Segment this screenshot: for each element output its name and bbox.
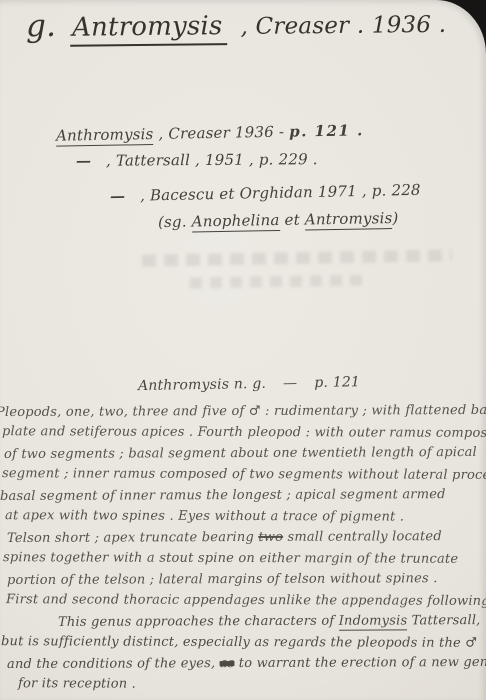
page-ref: p. 121 . (289, 121, 364, 140)
manuscript-line: but is sufficiently distinct, especially… (1, 631, 486, 654)
synonymy-line-4-subgenera: (sg. Anophelina et Antromysis) (158, 209, 399, 231)
text-segment: First and second thoracic appendages unl… (6, 592, 486, 609)
text-segment: spines together with a stout spine on ei… (3, 550, 458, 567)
text-segment: , Creaser 1936 - (153, 123, 289, 143)
subgenus-name: Antromysis (305, 209, 393, 231)
text-segment: of two segments ; basal segment about on… (4, 445, 477, 462)
manuscript-line: portion of the telson ; lateral margins … (7, 568, 486, 591)
text-segment: as (220, 656, 235, 671)
text-segment: ) (392, 209, 398, 227)
manuscript-line: plate and setiferous apices . Fourth ple… (2, 421, 486, 444)
manuscript-line: segment ; inner ramus composed of two se… (2, 463, 486, 486)
synonymy-text: Anthromysis , Creaser 1936 - p. 121 . (56, 121, 364, 144)
manuscript-line: This genus approaches the characters of … (58, 610, 486, 633)
synonymy-text: , Bacescu et Orghidan 1971 , p. 228 (140, 181, 421, 205)
text-segment: basal segment of inner ramus the longest… (0, 487, 446, 504)
text-segment: Tattersall, (407, 613, 480, 628)
description-paragraph: Pleopods, one, two, three and five of ♂ … (0, 401, 486, 695)
manuscript-line: basal segment of inner ramus the longest… (0, 484, 486, 507)
text-segment: et (279, 211, 305, 229)
text-segment: (sg. (158, 213, 192, 232)
page-title: g. Antromysis , Creaser . 1936 . (26, 4, 447, 47)
title-author-year: , Creaser . 1936 . (240, 12, 446, 40)
manuscript-line: of two segments ; basal segment about on… (4, 442, 486, 465)
manuscript-line: and the conditions of the eyes, as to wa… (7, 652, 486, 675)
manuscript-line: spines together with a stout spine on ei… (3, 547, 486, 570)
manuscript-line: Pleopods, one, two, three and five of ♂ … (0, 400, 486, 423)
text-segment: to warrant the erection of a new genus (234, 655, 486, 671)
manuscript-line: Telson short ; apex truncate bearing two… (7, 526, 486, 549)
text-segment: but is sufficiently distinct, especially… (1, 634, 477, 651)
erased-pencil-text (190, 274, 370, 288)
text-segment: and the conditions of the eyes, (7, 656, 220, 672)
subgenera-text: (sg. Anophelina et Antromysis) (158, 209, 399, 231)
genus-name-title: Antromysis (70, 11, 227, 47)
text-segment: This genus approaches the characters of (58, 614, 339, 630)
erased-pencil-text (142, 249, 452, 266)
page-ref: p. 121 (314, 374, 360, 391)
text-segment: Pleopods, one, two, three and five of ♂ … (0, 403, 486, 420)
text-segment: , Tattersall , 1951 , p. 229 . (106, 150, 318, 169)
section-heading: Anthromysis n. g.—p. 121 (138, 374, 377, 394)
synonymy-line-3: — , Bacescu et Orghidan 1971 , p. 228 (110, 181, 421, 206)
dash: — (283, 375, 297, 391)
ditto-dash: — (110, 187, 127, 205)
text-segment: portion of the telson ; lateral margins … (7, 571, 438, 588)
genus-abbreviation: g. (26, 8, 56, 44)
synonymy-line-1: Anthromysis , Creaser 1936 - p. 121 . (56, 121, 364, 144)
text-segment: at apex with two spines . Eyes without a… (5, 508, 404, 524)
manuscript-line: for its reception . (18, 673, 486, 696)
text-segment: , Bacescu et Orghidan 1971 , p. 228 (140, 181, 421, 205)
genus-heading: Anthromysis n. g. (138, 376, 266, 394)
manuscript-line: First and second thoracic appendages unl… (6, 589, 486, 612)
synonymy-line-2: — , Tattersall , 1951 , p. 229 . (76, 150, 318, 170)
manuscript-line: at apex with two spines . Eyes without a… (5, 505, 486, 528)
text-segment: two (258, 530, 283, 545)
genus-name: Indomysis (339, 613, 408, 630)
text-segment: small centrally located (283, 529, 442, 545)
text-segment: for its reception . (18, 676, 136, 691)
desk-background: { "ink": { "dark": "#36332d", "mid": "#4… (0, 0, 486, 700)
manuscript-page: g. Antromysis , Creaser . 1936 . Anthrom… (0, 0, 486, 700)
text-segment: segment ; inner ramus composed of two se… (2, 466, 486, 483)
text-segment: Telson short ; apex truncate bearing (7, 530, 258, 546)
synonymy-text: , Tattersall , 1951 , p. 229 . (106, 150, 318, 169)
ditto-dash: — (76, 152, 93, 170)
genus-name: Anthromysis (56, 125, 154, 147)
text-segment: plate and setiferous apices . Fourth ple… (2, 424, 486, 441)
subgenus-name: Anophelina (192, 211, 280, 233)
